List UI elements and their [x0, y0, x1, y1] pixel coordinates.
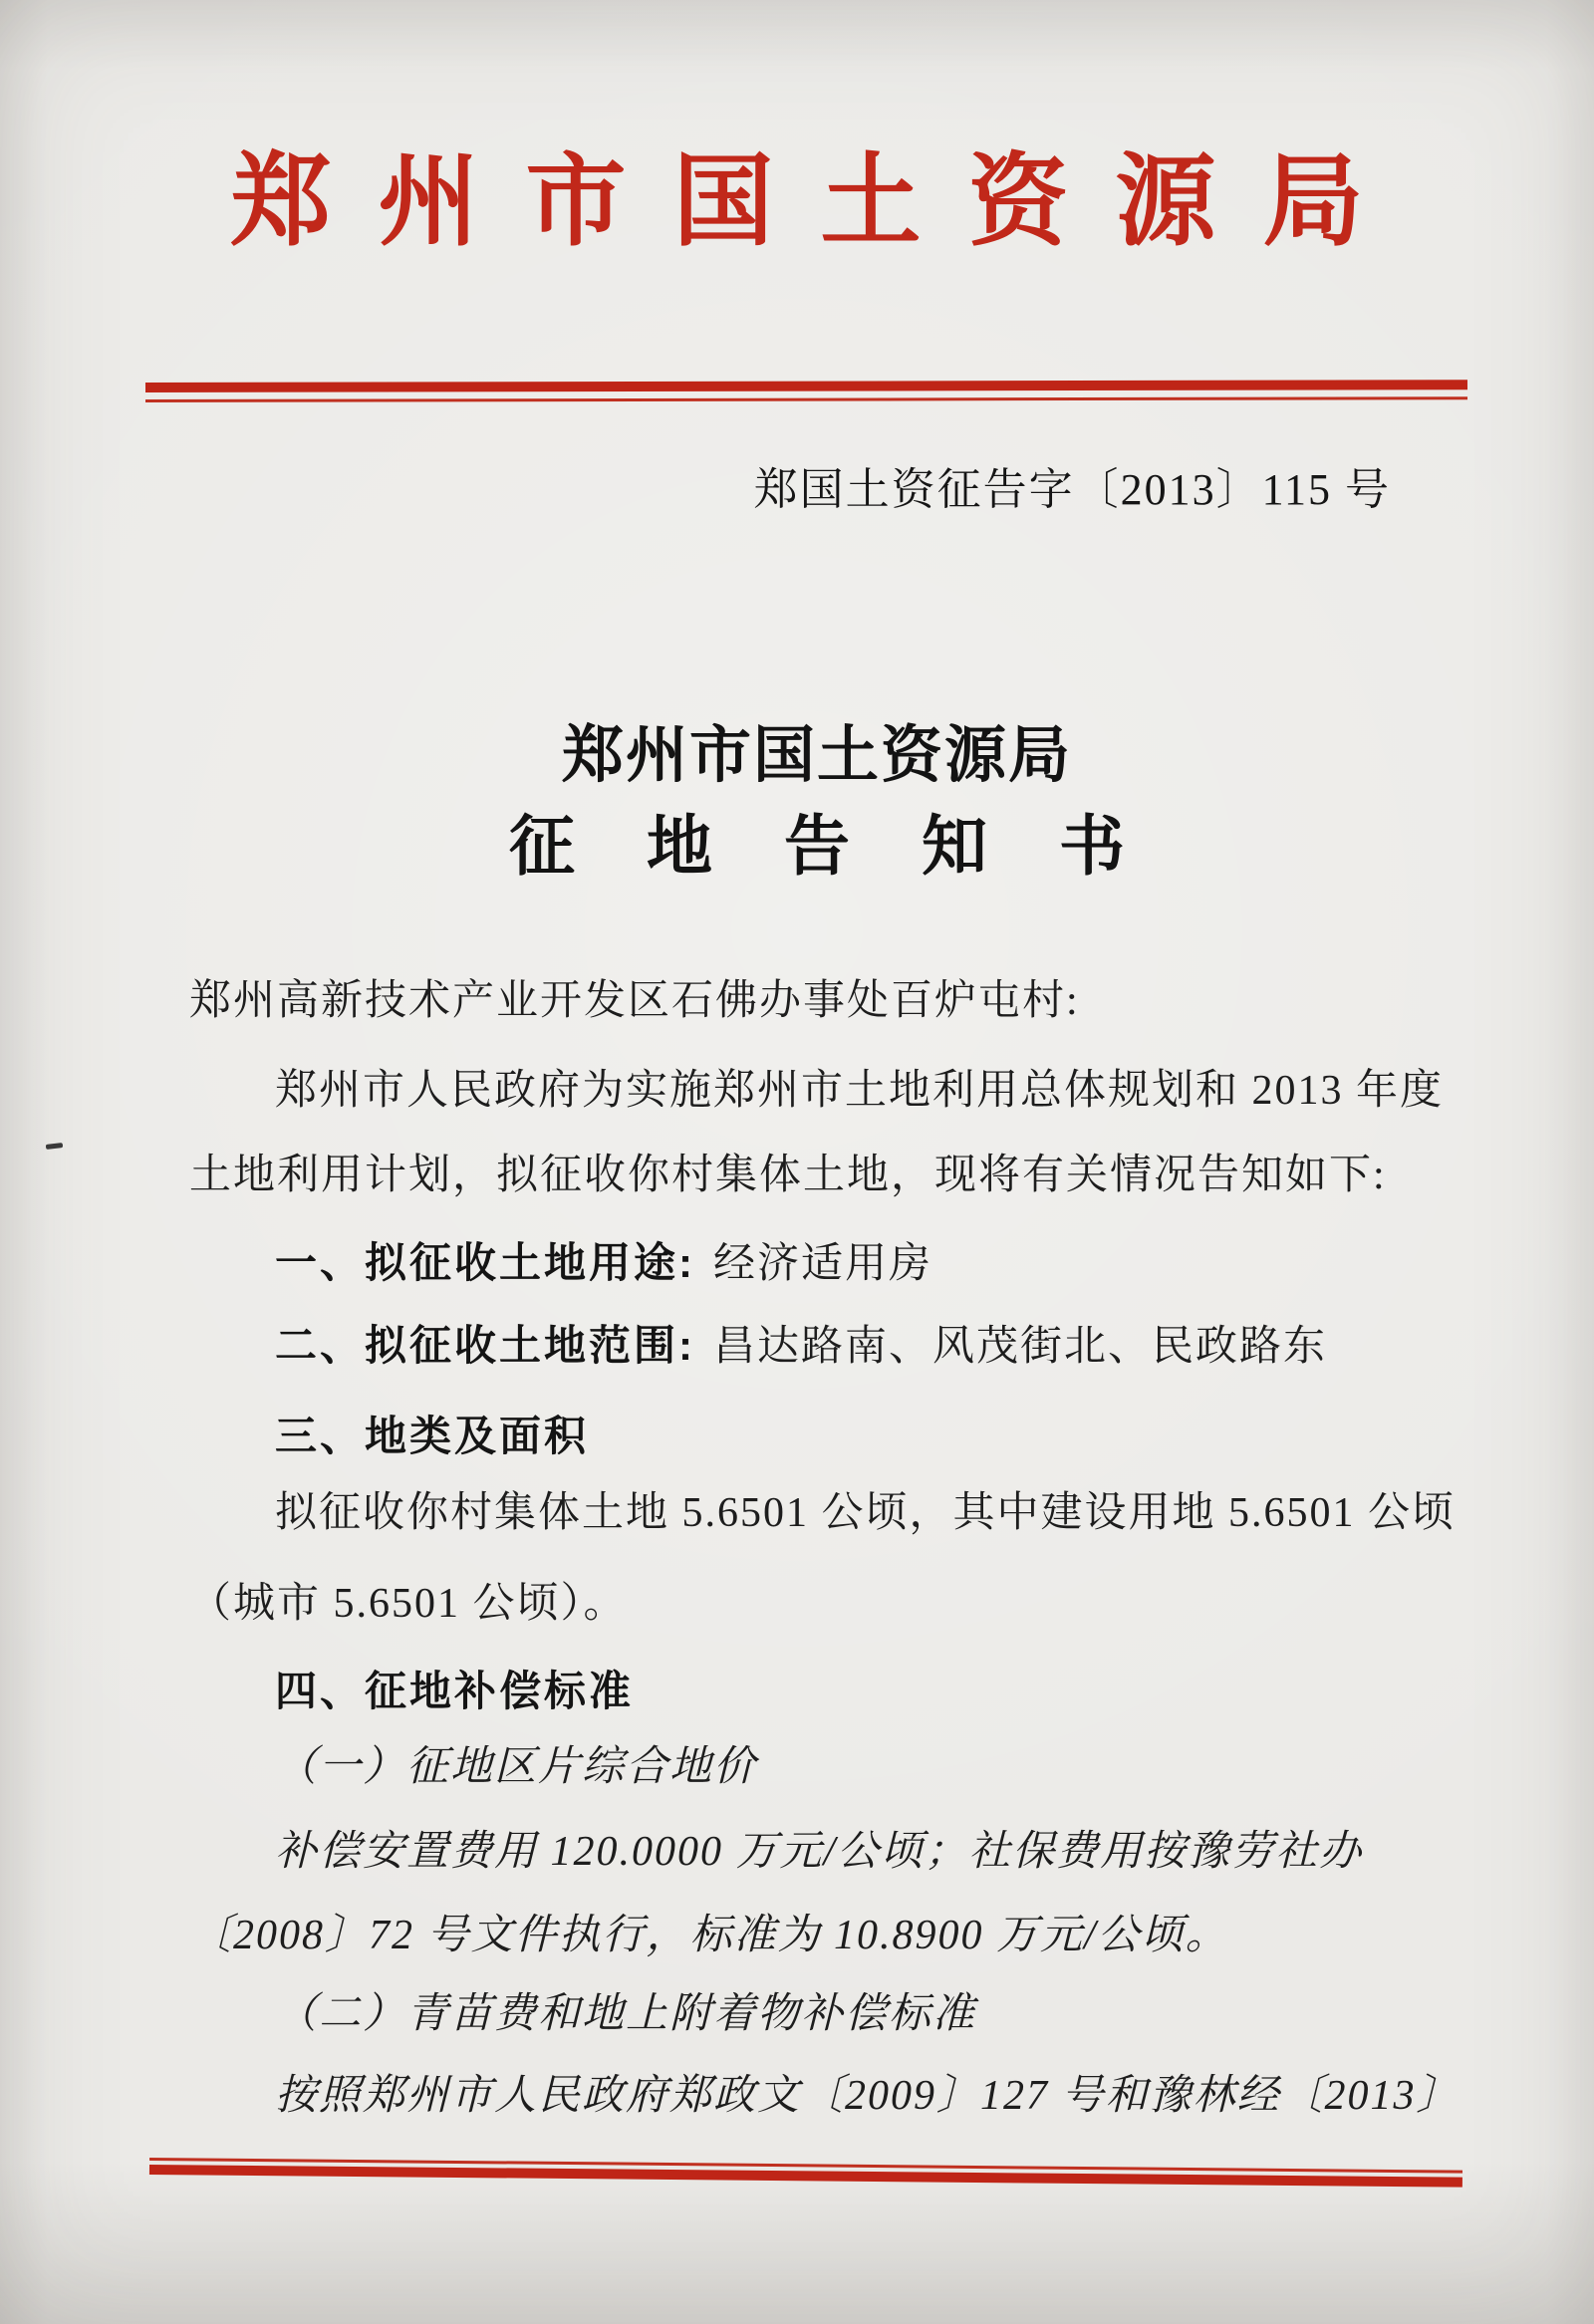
letterhead-divider	[145, 380, 1467, 402]
body-salutation: 郑州高新技术产业开发区石佛办事处百炉屯村:	[189, 977, 1080, 1027]
section-2-heading: 二、拟征收土地范围:	[275, 1322, 695, 1369]
section-3-line-1: 拟征收你村集体土地 5.6501 公顷，其中建设用地 5.6501 公顷	[275, 1489, 1456, 1539]
section-4-heading: 四、征地补偿标准	[275, 1667, 634, 1716]
section-4-sub-2-line-1: 按照郑州市人民政府郑政文〔2009〕127 号和豫林经〔2013〕	[275, 2072, 1461, 2122]
body-intro-line-2: 土地利用计划，拟征收你村集体土地，现将有关情况告知如下:	[189, 1152, 1387, 1201]
section-4-sub-1-line-2: 〔2008〕72 号文件执行，标准为 10.8900 万元/公顷。	[189, 1912, 1229, 1961]
body-section-1: 一、拟征收土地用途:经济适用房	[275, 1238, 932, 1290]
footer-divider	[149, 2158, 1462, 2188]
section-4-sub-2-heading: （二）青苗费和地上附着物补偿标准	[275, 1990, 976, 2040]
letterhead-divider-thick-line	[145, 380, 1467, 392]
body-section-2: 二、拟征收土地范围:昌达路南、风茂街北、民政路东	[275, 1321, 1327, 1373]
section-4-sub-1-heading: （一）征地区片综合地价	[275, 1743, 757, 1793]
body-intro-line-1: 郑州市人民政府为实施郑州市土地利用总体规划和 2013 年度	[275, 1067, 1444, 1117]
section-4-sub-1-line-1: 补偿安置费用 120.0000 万元/公顷；社保费用按豫劳社办	[275, 1828, 1363, 1878]
section-1-value: 经济适用房	[713, 1241, 932, 1287]
scan-speck	[46, 1143, 63, 1150]
section-2-value: 昌达路南、风茂街北、民政路东	[713, 1324, 1327, 1370]
letterhead-agency-title: 郑州市国土资源局	[0, 149, 1594, 255]
document-page: 郑州市国土资源局 郑国土资征告字〔2013〕115 号 郑州市国土资源局 征地告…	[0, 0, 1594, 2324]
letterhead-divider-thin-line	[145, 396, 1467, 402]
section-3-heading: 三、地类及面积	[275, 1412, 589, 1461]
document-title-notice-line: 征地告知书	[40, 793, 1594, 888]
section-3-line-2: （城市 5.6501 公顷）。	[189, 1580, 628, 1630]
section-1-heading: 一、拟征收土地用途:	[275, 1239, 695, 1286]
document-reference-number: 郑国土资征告字〔2013〕115 号	[754, 453, 1391, 517]
document-title-agency-line: 郑州市国土资源局	[40, 705, 1594, 794]
